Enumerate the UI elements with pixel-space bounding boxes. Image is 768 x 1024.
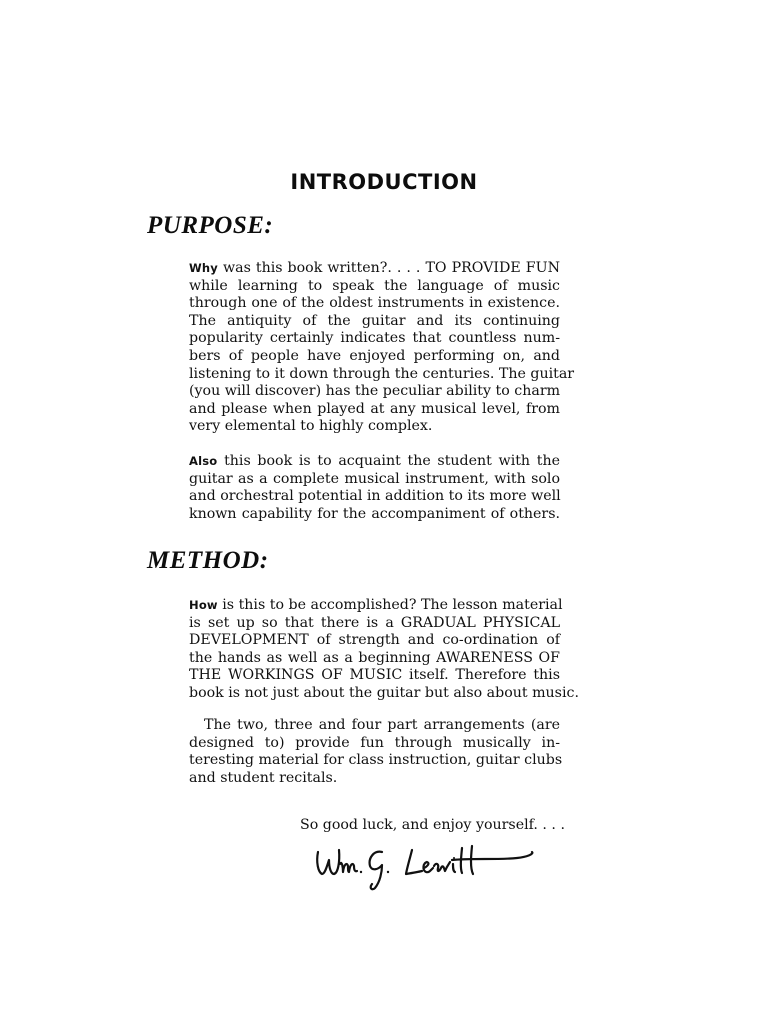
paragraph-line: The antiquity of the guitar and its cont… [189, 313, 560, 331]
paragraph-line: DEVELOPMENT of strength and co-ordinatio… [189, 632, 560, 650]
paragraph-lead-word: How [189, 598, 218, 612]
paragraph-line: THE WORKINGS OF MUSIC itself. Therefore … [189, 667, 560, 685]
paragraph-line: through one of the oldest instruments in… [189, 295, 560, 313]
paragraph-arrangements: The two, three and four part arrangement… [189, 717, 560, 787]
paragraph-line: Why was this book written?. . . . TO PRO… [189, 260, 560, 278]
paragraph-line: and orchestral potential in addition to … [189, 488, 560, 506]
paragraph-how: How is this to be accomplished? The less… [189, 597, 560, 703]
paragraph-line: (you will discover) has the peculiar abi… [189, 383, 560, 401]
paragraph-line: guitar as a complete musical instrument,… [189, 471, 560, 489]
page-title: INTRODUCTION [0, 170, 768, 194]
paragraph-lead-word: Why [189, 261, 218, 275]
paragraph-line: very elemental to highly complex. [189, 418, 560, 436]
paragraph-also: Also this book is to acquaint the studen… [189, 453, 560, 523]
section-heading-method: METHOD: [147, 547, 269, 575]
paragraph-line: and please when played at any musical le… [189, 401, 560, 419]
paragraph-line: The two, three and four part arrangement… [189, 717, 560, 735]
paragraph-line: known capability for the accompaniment o… [189, 506, 560, 524]
paragraph-line: and student recitals. [189, 770, 560, 788]
paragraph-lead-word: Also [189, 454, 217, 468]
paragraph-why: Why was this book written?. . . . TO PRO… [189, 260, 560, 436]
paragraph-line: Also this book is to acquaint the studen… [189, 453, 560, 471]
paragraph-line: the hands as well as a beginning AWARENE… [189, 650, 560, 668]
paragraph-line: bers of people have enjoyed performing o… [189, 348, 560, 366]
paragraph-line: How is this to be accomplished? The less… [189, 597, 560, 615]
section-heading-purpose: PURPOSE: [147, 212, 273, 240]
paragraph-line: while learning to speak the language of … [189, 278, 560, 296]
paragraph-line: book is not just about the guitar but al… [189, 685, 560, 703]
paragraph-line: popularity certainly indicates that coun… [189, 330, 560, 348]
signature-image: Wm. G. Leavitt [312, 838, 542, 898]
document-page: INTRODUCTION PURPOSE: Why was this book … [0, 0, 768, 1024]
paragraph-line: designed to) provide fun through musical… [189, 735, 560, 753]
closing-line: So good luck, and enjoy yourself. . . . [300, 817, 565, 833]
paragraph-line: teresting material for class instruction… [189, 752, 560, 770]
paragraph-line: listening to it down through the centuri… [189, 366, 560, 384]
paragraph-line: is set up so that there is a GRADUAL PHY… [189, 615, 560, 633]
